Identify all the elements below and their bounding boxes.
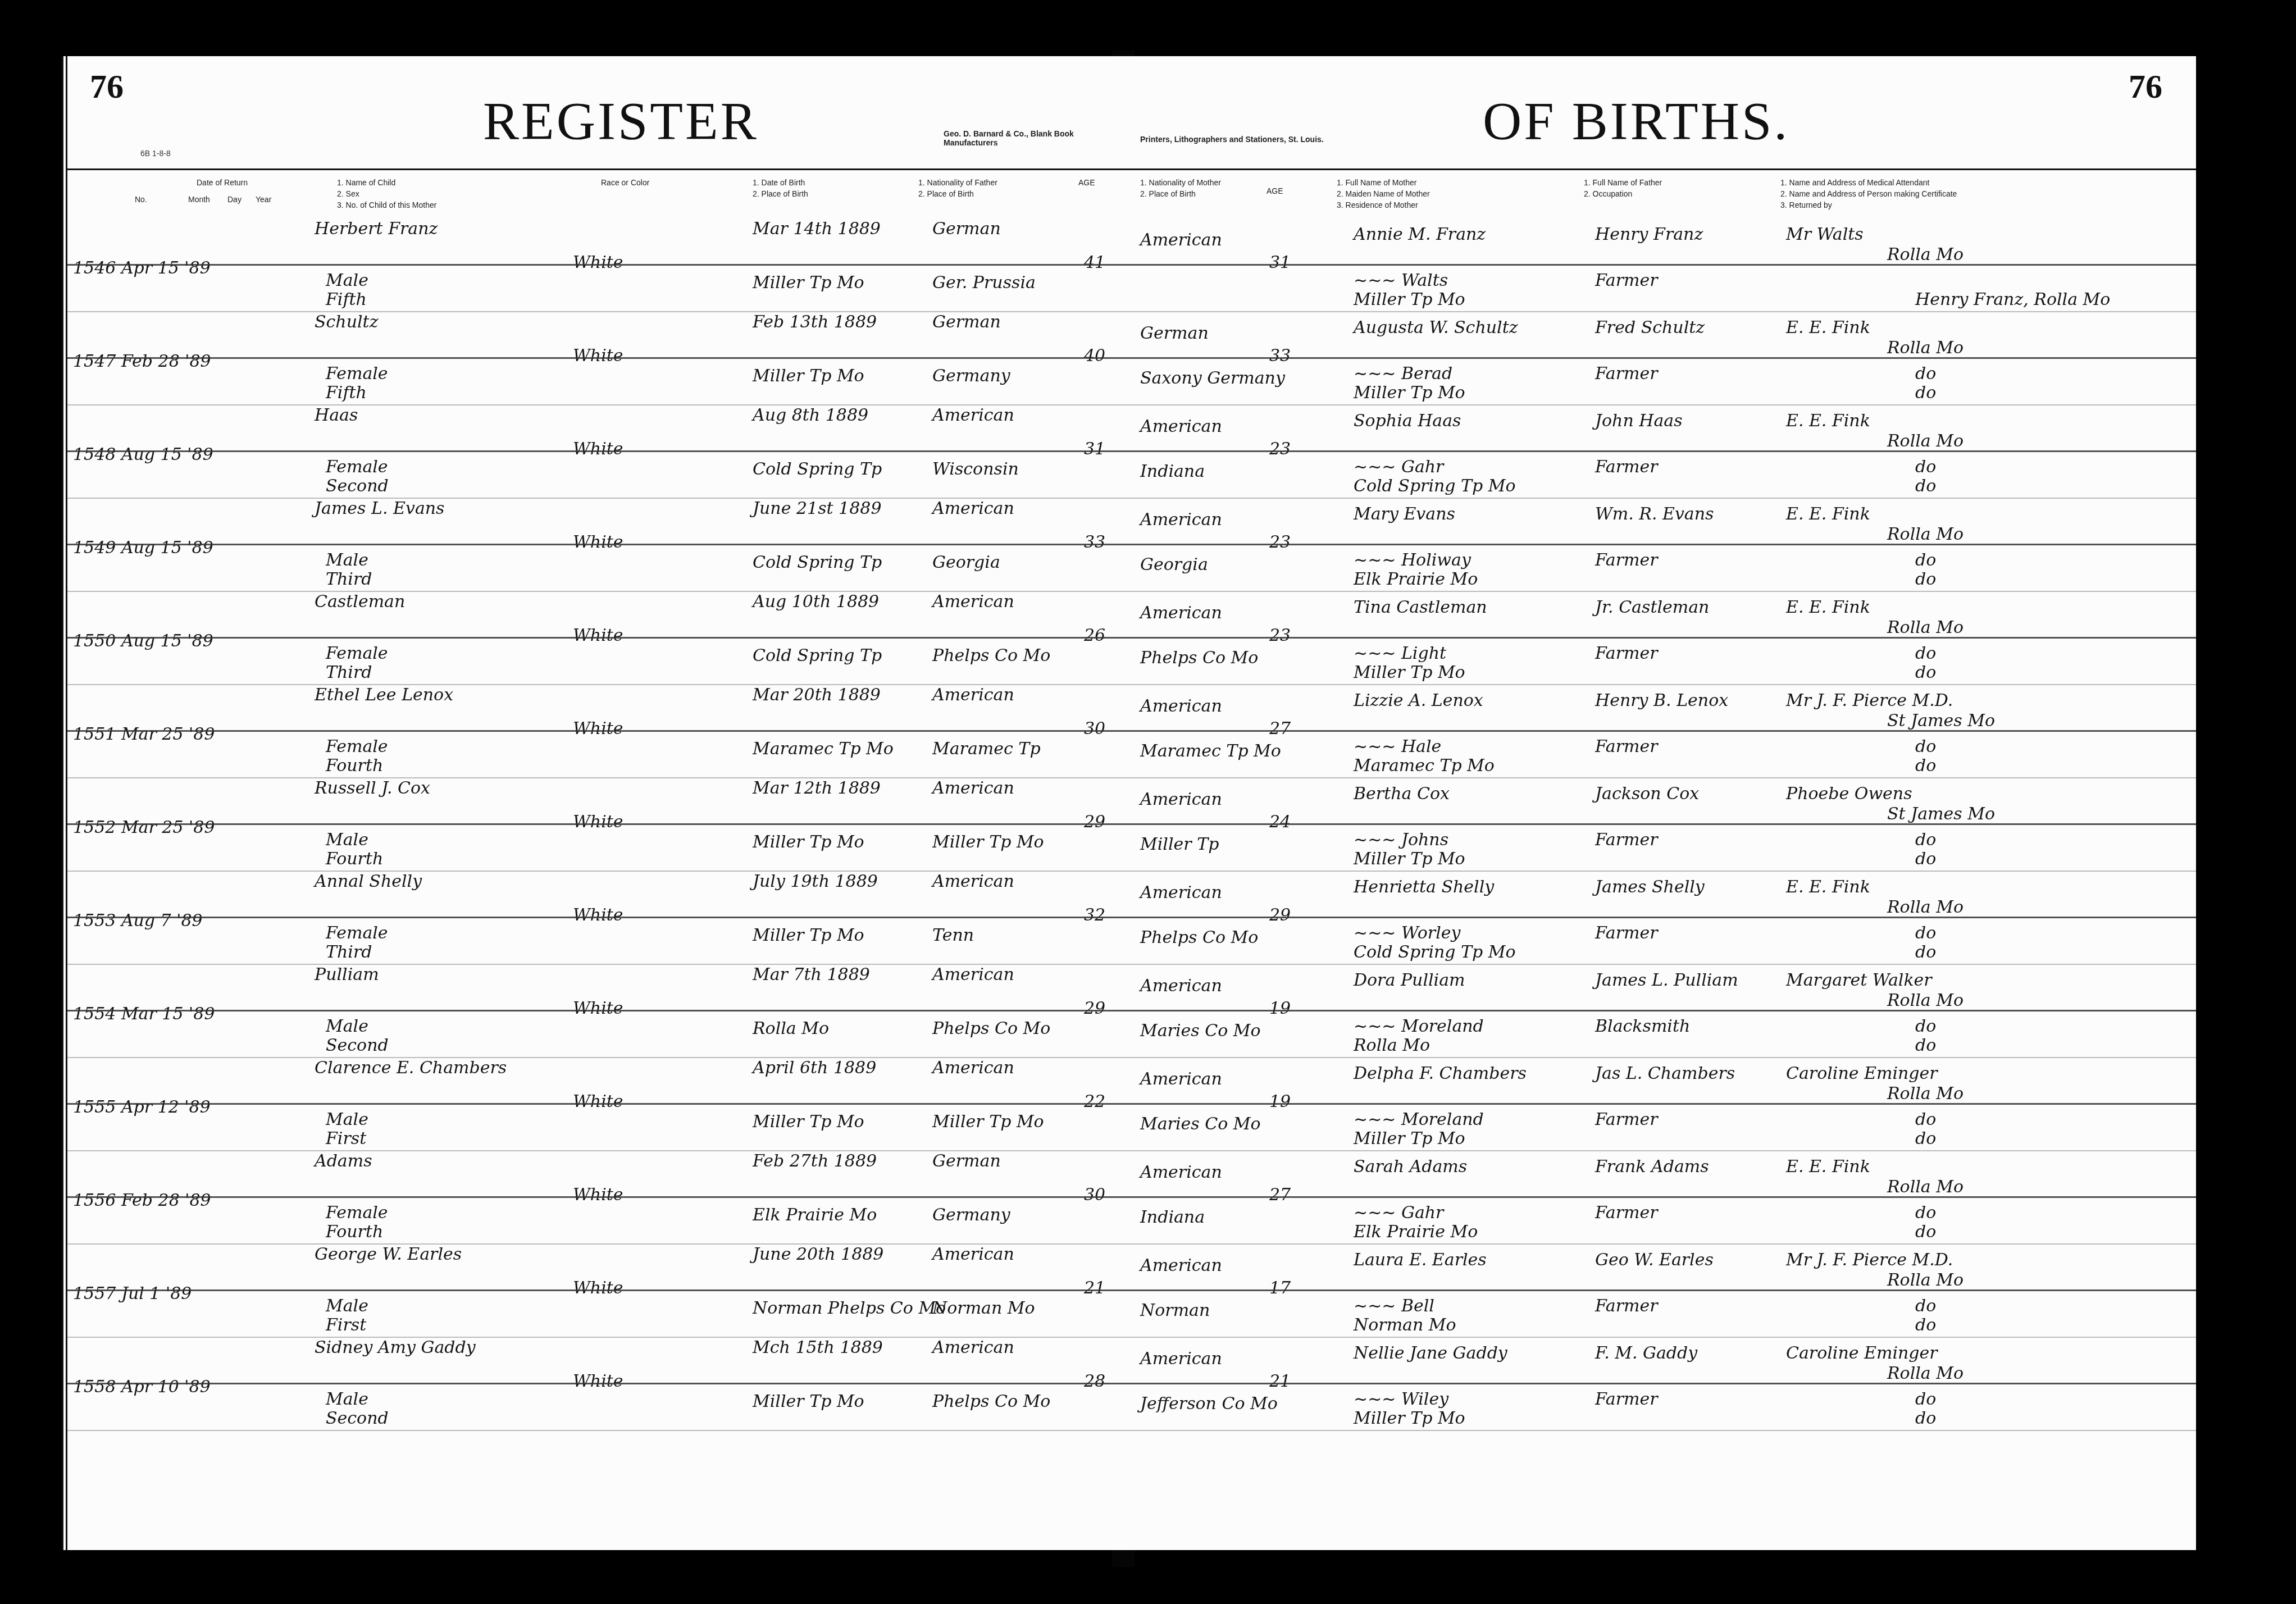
child-sex: Male <box>326 550 368 570</box>
mother-name: Augusta W. Schultz <box>1354 318 1518 338</box>
table-row: AmericanIndiana23Sophia Haas~~~ GahrCold… <box>1129 405 2196 499</box>
attendant-address: St James Mo <box>1887 711 1995 731</box>
returned-by: do <box>1915 756 1936 776</box>
father-age: 29 <box>1084 812 1105 832</box>
birth-place: Miller Tp Mo <box>753 1112 864 1132</box>
mother-age: 19 <box>1269 1092 1291 1111</box>
mother-residence: Miller Tp Mo <box>1354 383 1465 403</box>
table-row: 1558 Apr 10 '89Sidney Amy GaddyMaleSecon… <box>67 1338 1129 1431</box>
returned-by: do <box>1915 1036 1936 1055</box>
row-rule <box>67 1196 1129 1198</box>
race: White <box>573 1185 623 1205</box>
certificate: do <box>1915 1296 1936 1316</box>
occupation: Farmer <box>1595 1110 1658 1129</box>
child-sex: Male <box>326 271 368 290</box>
imprint-right: Printers, Lithographers and Stationers, … <box>1140 135 1324 144</box>
father-name: Henry B. Lenox <box>1595 691 1728 710</box>
child-order: First <box>326 1129 366 1149</box>
mother-age: 33 <box>1269 346 1291 366</box>
father-birthplace: Norman Mo <box>932 1298 1035 1318</box>
mother-name: Tina Castleman <box>1354 598 1487 617</box>
row-rule <box>1129 1383 2196 1384</box>
entry-number: 1557 Jul 1 '89 <box>73 1284 192 1304</box>
father-name: Jr. Castleman <box>1595 598 1709 617</box>
right-page: 76 OF BIRTHS. Printers, Lithographers an… <box>1129 56 2196 1550</box>
child-name: Pulliam <box>315 965 379 985</box>
child-sex: Male <box>326 830 368 850</box>
father-age: 26 <box>1084 626 1105 645</box>
father-nationality: American <box>932 685 1014 705</box>
mother-name: Delpha F. Chambers <box>1354 1064 1527 1083</box>
child-sex: Male <box>326 1017 368 1036</box>
occupation: Farmer <box>1595 737 1658 757</box>
mother-age: 23 <box>1269 532 1291 552</box>
father-age: 30 <box>1084 719 1105 739</box>
mother-age: 27 <box>1269 1185 1291 1205</box>
child-order: Fourth <box>326 849 383 869</box>
father-age: 30 <box>1084 1185 1105 1205</box>
father-nationality: American <box>932 965 1014 985</box>
birth-date: Aug 10th 1889 <box>753 592 879 612</box>
table-row: AmericanIndiana27Sarah Adams~~~ GahrElk … <box>1129 1151 2196 1245</box>
table-row: 1553 Aug 7 '89Annal ShellyFemaleThirdWhi… <box>67 872 1129 965</box>
table-row: 1550 Aug 15 '89CastlemanFemaleThirdWhite… <box>67 592 1129 685</box>
mother-name: Dora Pulliam <box>1354 970 1465 990</box>
child-order: First <box>326 1315 366 1335</box>
mother-name: Laura E. Earles <box>1354 1250 1487 1270</box>
child-sex: Female <box>326 457 388 477</box>
row-rule <box>1129 450 2196 452</box>
father-birthplace: Wisconsin <box>932 459 1019 479</box>
birth-date: June 20th 1889 <box>753 1245 883 1264</box>
attendant: Mr J. F. Pierce M.D. <box>1786 691 1953 710</box>
father-birthplace: Georgia <box>932 553 1000 572</box>
col-father: 1. Full Name of Father 2. Occupation <box>1584 177 1662 199</box>
father-age: 22 <box>1084 1092 1105 1111</box>
attendant: Phoebe Owens <box>1786 784 1912 804</box>
father-name: Jackson Cox <box>1595 784 1699 804</box>
father-birthplace: Phelps Co Mo <box>932 646 1050 666</box>
mother-name: Sophia Haas <box>1354 411 1461 431</box>
col-father-nationality: 1. Nationality of Father 2. Place of Bir… <box>918 177 997 199</box>
mother-name: Bertha Cox <box>1354 784 1450 804</box>
father-nationality: German <box>932 312 1001 332</box>
child-sex: Male <box>326 1389 368 1409</box>
birth-place: Cold Spring Tp <box>753 646 882 666</box>
attendant-address: St James Mo <box>1887 804 1995 824</box>
mother-name: Nellie Jane Gaddy <box>1354 1343 1507 1363</box>
father-nationality: American <box>932 1058 1014 1078</box>
birth-date: July 19th 1889 <box>753 872 878 891</box>
certificate: do <box>1915 1017 1936 1036</box>
occupation: Farmer <box>1595 550 1658 570</box>
certificate: do <box>1915 644 1936 663</box>
col-date-of-return: Date of Return <box>197 177 248 188</box>
mother-nationality: American <box>1140 1349 1222 1369</box>
father-birthplace: Maramec Tp <box>932 739 1041 759</box>
mother-birthplace: Norman <box>1140 1301 1210 1320</box>
race: White <box>573 532 623 552</box>
occupation: Farmer <box>1595 830 1658 850</box>
father-birthplace: Germany <box>932 366 1010 386</box>
table-row: AmericanGeorgia23Mary Evans~~~ HoliwayEl… <box>1129 499 2196 592</box>
father-birthplace: Phelps Co Mo <box>932 1019 1050 1038</box>
child-sex: Female <box>326 923 388 943</box>
returned-by: Henry Franz, Rolla Mo <box>1915 290 2110 309</box>
table-row: American31Annie M. Franz~~~ WaltsMiller … <box>1129 219 2196 312</box>
attendant: E. E. Fink <box>1786 598 1870 617</box>
attendant: E. E. Fink <box>1786 318 1870 338</box>
race: White <box>573 1371 623 1391</box>
birth-place: Cold Spring Tp <box>753 459 882 479</box>
row-rule <box>1129 357 2196 359</box>
father-name: F. M. Gaddy <box>1595 1343 1697 1363</box>
father-birthplace: Phelps Co Mo <box>932 1392 1050 1411</box>
entry-number: 1547 Feb 28 '89 <box>73 352 211 371</box>
row-rule <box>67 1103 1129 1105</box>
header-rule-right <box>1129 168 2196 170</box>
table-row: 1556 Feb 28 '89AdamsFemaleFourthWhiteFeb… <box>67 1151 1129 1245</box>
occupation: Farmer <box>1595 644 1658 663</box>
table-row: GermanSaxony Germany33Augusta W. Schultz… <box>1129 312 2196 405</box>
table-row: 1546 Apr 15 '89Herbert FranzMaleFifthWhi… <box>67 219 1129 312</box>
attendant: Caroline Eminger <box>1786 1064 1938 1083</box>
child-order: Second <box>326 476 389 496</box>
entry-number: 1546 Apr 15 '89 <box>73 258 211 278</box>
birth-place: Norman Phelps Co Mo <box>753 1298 946 1318</box>
birth-date: June 21st 1889 <box>753 499 881 518</box>
father-age: 40 <box>1084 346 1105 366</box>
father-name: John Haas <box>1595 411 1683 431</box>
imprint-left: Geo. D. Barnard & Co., Blank Book Manufa… <box>944 129 1129 147</box>
father-birthplace: Miller Tp Mo <box>932 832 1044 852</box>
race: White <box>573 253 623 272</box>
page-number-right: 76 <box>2129 67 2162 106</box>
mother-age: 21 <box>1269 1371 1291 1391</box>
occupation: Blacksmith <box>1595 1017 1690 1036</box>
child-sex: Female <box>326 364 388 384</box>
birth-place: Miller Tp Mo <box>753 1392 864 1411</box>
col-attendant: 1. Name and Address of Medical Attendant… <box>1780 177 1957 211</box>
father-name: Jas L. Chambers <box>1595 1064 1735 1083</box>
child-name: Haas <box>315 405 358 425</box>
attendant: Mr J. F. Pierce M.D. <box>1786 1250 1953 1270</box>
certificate: do <box>1915 830 1936 850</box>
child-name: Adams <box>315 1151 372 1171</box>
row-rule <box>67 264 1129 266</box>
row-rule <box>1129 1103 2196 1105</box>
father-birthplace: Tenn <box>932 926 974 945</box>
attendant-address: Rolla Mo <box>1887 338 1964 358</box>
race: White <box>573 905 623 925</box>
child-name: Sidney Amy Gaddy <box>315 1338 476 1357</box>
row-rule <box>1129 1010 2196 1011</box>
birth-place: Miller Tp Mo <box>753 832 864 852</box>
mother-name: Henrietta Shelly <box>1354 877 1494 897</box>
birth-place: Elk Prairie Mo <box>753 1205 877 1225</box>
child-order: Third <box>326 569 372 589</box>
mother-nationality: German <box>1140 323 1209 343</box>
mother-name: Sarah Adams <box>1354 1157 1467 1177</box>
row-rule <box>1129 637 2196 639</box>
mother-age: 24 <box>1269 812 1291 832</box>
returned-by: do <box>1915 569 1936 589</box>
col-race: Race or Color <box>601 177 649 188</box>
race: White <box>573 999 623 1018</box>
birth-date: Feb 27th 1889 <box>753 1151 877 1171</box>
col-mother: 1. Full Name of Mother 2. Maiden Name of… <box>1337 177 1430 211</box>
row-rule <box>67 450 1129 452</box>
father-nationality: American <box>932 1245 1014 1264</box>
page-number-left: 76 <box>90 67 124 106</box>
row-rule <box>1129 1289 2196 1291</box>
child-name: George W. Earles <box>315 1245 462 1264</box>
table-row: AmericanMaries Co Mo19Delpha F. Chambers… <box>1129 1058 2196 1151</box>
right-entries: American31Annie M. Franz~~~ WaltsMiller … <box>1129 219 2196 1431</box>
child-name: James L. Evans <box>315 499 445 518</box>
father-birthplace: Miller Tp Mo <box>932 1112 1044 1132</box>
attendant: Mr Walts <box>1786 225 1864 244</box>
mother-birthplace: Maries Co Mo <box>1140 1021 1261 1041</box>
left-entries: 1546 Apr 15 '89Herbert FranzMaleFifthWhi… <box>67 219 1129 1431</box>
entry-number: 1558 Apr 10 '89 <box>73 1377 211 1397</box>
mother-name: Mary Evans <box>1354 504 1455 524</box>
attendant-address: Rolla Mo <box>1887 897 1964 917</box>
birth-date: Mar 14th 1889 <box>753 219 881 239</box>
entry-number: 1551 Mar 25 '89 <box>73 724 215 744</box>
attendant-address: Rolla Mo <box>1887 991 1964 1010</box>
race: White <box>573 439 623 459</box>
mother-residence: Elk Prairie Mo <box>1354 1222 1478 1242</box>
table-row: 1555 Apr 12 '89Clarence E. ChambersMaleF… <box>67 1058 1129 1151</box>
father-name: James L. Pulliam <box>1595 970 1738 990</box>
table-row: AmericanMiller Tp24Bertha Cox~~~ JohnsMi… <box>1129 778 2196 872</box>
father-nationality: American <box>932 592 1014 612</box>
occupation: Farmer <box>1595 271 1658 290</box>
row-rule <box>67 357 1129 359</box>
father-nationality: American <box>932 1338 1014 1357</box>
row-rule-faint <box>67 1430 1129 1431</box>
attendant: E. E. Fink <box>1786 411 1870 431</box>
birth-date: Mar 7th 1889 <box>753 965 870 985</box>
row-rule <box>67 917 1129 918</box>
occupation: Farmer <box>1595 1389 1658 1409</box>
child-order: Fourth <box>326 756 383 776</box>
attendant-address: Rolla Mo <box>1887 431 1964 451</box>
occupation: Farmer <box>1595 457 1658 477</box>
table-row: AmericanPhelps Co Mo29Henrietta Shelly~~… <box>1129 872 2196 965</box>
mother-age: 31 <box>1269 253 1291 272</box>
birth-place: Rolla Mo <box>753 1019 829 1038</box>
mother-name: Annie M. Franz <box>1354 225 1486 244</box>
mother-maiden: ~~~ Wiley <box>1354 1389 1448 1409</box>
mother-nationality: American <box>1140 603 1222 623</box>
father-age: 29 <box>1084 999 1105 1018</box>
child-name: Schultz <box>315 312 378 332</box>
child-name: Russell J. Cox <box>315 778 430 798</box>
col-age-father: AGE <box>1078 177 1095 188</box>
returned-by: do <box>1915 1222 1936 1242</box>
returned-by: do <box>1915 383 1936 403</box>
left-page: 76 REGISTER Geo. D. Barnard & Co., Blank… <box>62 56 1129 1550</box>
attendant-address: Rolla Mo <box>1887 245 1964 265</box>
col-child: 1. Name of Child 2. Sex 3. No. of Child … <box>337 177 436 211</box>
father-name: Wm. R. Evans <box>1595 504 1714 524</box>
entry-number: 1548 Aug 15 '89 <box>73 445 213 464</box>
mother-maiden: ~~~ Gahr <box>1354 1203 1443 1223</box>
returned-by: do <box>1915 1409 1936 1428</box>
father-age: 31 <box>1084 439 1105 459</box>
entry-number: 1550 Aug 15 '89 <box>73 631 213 651</box>
father-nationality: American <box>932 778 1014 798</box>
row-rule <box>67 730 1129 732</box>
race: White <box>573 626 623 645</box>
occupation: Farmer <box>1595 923 1658 943</box>
attendant: Caroline Eminger <box>1786 1343 1938 1363</box>
col-birth: 1. Date of Birth 2. Place of Birth <box>753 177 808 199</box>
row-rule <box>1129 917 2196 918</box>
mother-maiden: ~~~ Worley <box>1354 923 1460 943</box>
child-order: Fifth <box>326 290 367 309</box>
certificate: do <box>1915 364 1936 384</box>
attendant: E. E. Fink <box>1786 504 1870 524</box>
mother-nationality: American <box>1140 1163 1222 1182</box>
birth-place: Miller Tp Mo <box>753 926 864 945</box>
father-nationality: American <box>932 872 1014 891</box>
table-row: AmericanPhelps Co Mo23Tina Castleman~~~ … <box>1129 592 2196 685</box>
certificate: do <box>1915 737 1936 757</box>
mother-nationality: American <box>1140 790 1222 809</box>
entry-number: 1554 Mar 15 '89 <box>73 1004 215 1024</box>
mother-residence: Miller Tp Mo <box>1354 1409 1465 1428</box>
father-name: Frank Adams <box>1595 1157 1709 1177</box>
mother-birthplace: Phelps Co Mo <box>1140 648 1258 668</box>
father-nationality: American <box>932 405 1014 425</box>
child-sex: Female <box>326 1203 388 1223</box>
father-birthplace: Ger. Prussia <box>932 273 1036 293</box>
entry-number: 1549 Aug 15 '89 <box>73 538 213 558</box>
table-row: 1548 Aug 15 '89HaasFemaleSecondWhiteAug … <box>67 405 1129 499</box>
father-name: Geo W. Earles <box>1595 1250 1714 1270</box>
table-row: 1552 Mar 25 '89Russell J. CoxMaleFourthW… <box>67 778 1129 872</box>
table-row: AmericanJefferson Co Mo21Nellie Jane Gad… <box>1129 1338 2196 1431</box>
row-rule <box>1129 730 2196 732</box>
mother-maiden: ~~~ Johns <box>1354 830 1448 850</box>
mother-birthplace: Georgia <box>1140 555 1208 575</box>
child-order: Fourth <box>326 1222 383 1242</box>
father-nationality: German <box>932 219 1001 239</box>
race: White <box>573 1278 623 1298</box>
child-order: Third <box>326 663 372 682</box>
row-rule <box>1129 1196 2196 1198</box>
child-order: Second <box>326 1409 389 1428</box>
birth-place: Miller Tp Mo <box>753 366 864 386</box>
birth-date: Mch 15th 1889 <box>753 1338 883 1357</box>
mother-maiden: ~~~ Gahr <box>1354 457 1443 477</box>
page-title-right: OF BIRTHS. <box>1483 90 1789 152</box>
race: White <box>573 719 623 739</box>
child-sex: Male <box>326 1110 368 1129</box>
mother-age: 29 <box>1269 905 1291 925</box>
small-mark: 6B 1-8-8 <box>140 149 171 158</box>
mother-nationality: American <box>1140 883 1222 903</box>
mother-nationality: American <box>1140 1256 1222 1275</box>
attendant: E. E. Fink <box>1786 1157 1870 1177</box>
returned-by: do <box>1915 476 1936 496</box>
mother-birthplace: Miller Tp <box>1140 835 1219 854</box>
header-rule <box>67 168 1129 170</box>
child-sex: Female <box>326 644 388 663</box>
attendant-address: Rolla Mo <box>1887 525 1964 544</box>
birth-date: April 6th 1889 <box>753 1058 876 1078</box>
mother-maiden: ~~~ Bell <box>1354 1296 1434 1316</box>
child-name: Castleman <box>315 592 405 612</box>
certificate: do <box>1915 550 1936 570</box>
mother-residence: Cold Spring Tp Mo <box>1354 942 1516 962</box>
attendant: Margaret Walker <box>1786 970 1932 990</box>
mother-age: 23 <box>1269 626 1291 645</box>
row-rule-faint <box>1129 1430 2196 1431</box>
father-age: 33 <box>1084 532 1105 552</box>
child-order: Second <box>326 1036 389 1055</box>
row-rule <box>67 1383 1129 1384</box>
mother-maiden: ~~~ Holiway <box>1354 550 1471 570</box>
certificate: do <box>1915 1110 1936 1129</box>
attendant-address: Rolla Mo <box>1887 1270 1964 1290</box>
row-rule <box>1129 264 2196 266</box>
returned-by: do <box>1915 1129 1936 1149</box>
table-row: 1551 Mar 25 '89Ethel Lee LenoxFemaleFour… <box>67 685 1129 778</box>
child-order: Third <box>326 942 372 962</box>
entry-number: 1552 Mar 25 '89 <box>73 818 215 837</box>
child-name: Clarence E. Chambers <box>315 1058 507 1078</box>
mother-nationality: American <box>1140 510 1222 530</box>
mother-maiden: ~~~ Walts <box>1354 271 1448 290</box>
attendant: E. E. Fink <box>1786 877 1870 897</box>
birth-date: Mar 12th 1889 <box>753 778 881 798</box>
race: White <box>573 346 623 366</box>
occupation: Farmer <box>1595 364 1658 384</box>
birth-date: Feb 13th 1889 <box>753 312 877 332</box>
returned-by: do <box>1915 663 1936 682</box>
mother-residence: Maramec Tp Mo <box>1354 756 1495 776</box>
mother-nationality: American <box>1140 1069 1222 1089</box>
mother-residence: Rolla Mo <box>1354 1036 1430 1055</box>
father-nationality: German <box>932 1151 1001 1171</box>
father-name: Henry Franz <box>1595 225 1703 244</box>
certificate: do <box>1915 457 1936 477</box>
mother-name: Lizzie A. Lenox <box>1354 691 1483 710</box>
table-row: AmericanNorman17Laura E. Earles~~~ BellN… <box>1129 1245 2196 1338</box>
child-sex: Male <box>326 1296 368 1316</box>
mother-birthplace: Indiana <box>1140 462 1205 481</box>
table-row: AmericanMaries Co Mo19Dora Pulliam~~~ Mo… <box>1129 965 2196 1058</box>
father-nationality: American <box>932 499 1014 518</box>
col-year: Year <box>256 194 271 205</box>
mother-age: 19 <box>1269 999 1291 1018</box>
mother-residence: Cold Spring Tp Mo <box>1354 476 1516 496</box>
father-age: 32 <box>1084 905 1105 925</box>
entry-number: 1556 Feb 28 '89 <box>73 1191 211 1210</box>
mother-maiden: ~~~ Moreland <box>1354 1110 1484 1129</box>
page-title-left: REGISTER <box>483 90 759 152</box>
father-birthplace: Germany <box>932 1205 1010 1225</box>
col-age-mother: AGE <box>1267 185 1283 197</box>
col-mother-nationality: 1. Nationality of Mother 2. Place of Bir… <box>1140 177 1221 199</box>
mother-birthplace: Phelps Co Mo <box>1140 928 1258 947</box>
col-month: Month <box>188 194 210 205</box>
attendant-address: Rolla Mo <box>1887 618 1964 637</box>
